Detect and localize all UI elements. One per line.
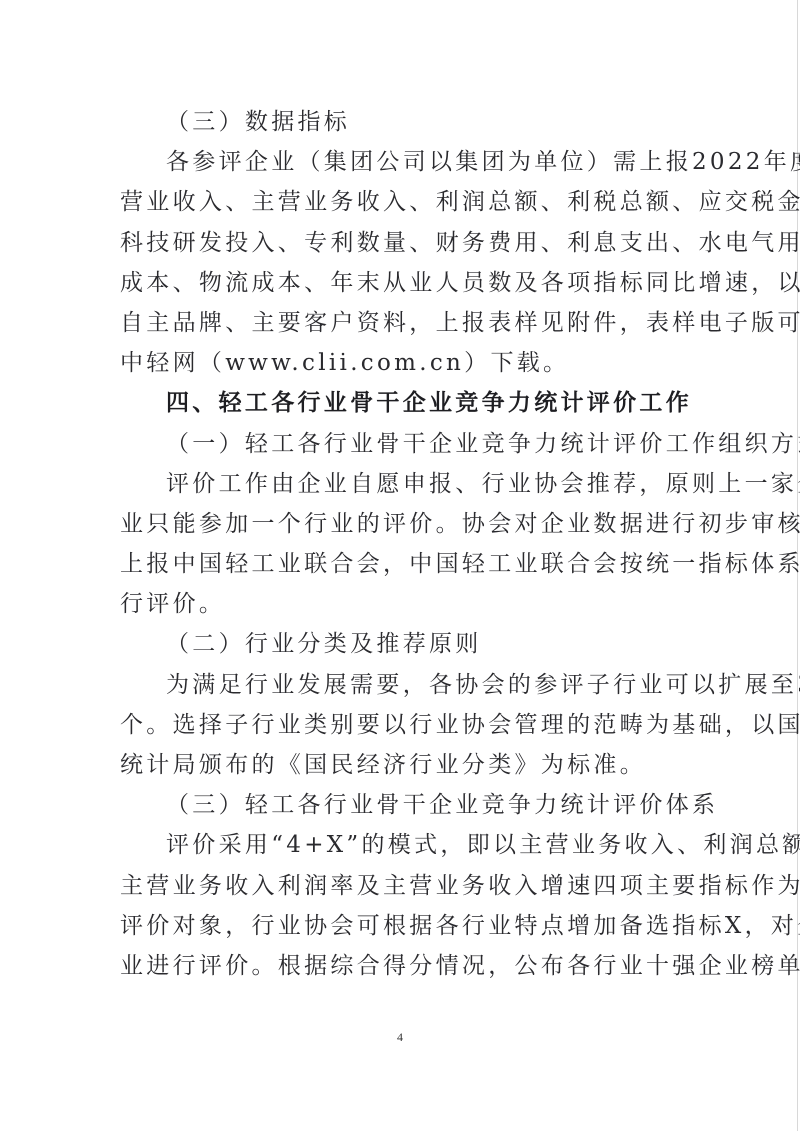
subheading-text: （二）行业分类及推荐原则 xyxy=(120,624,682,664)
paragraph-classification: 为满足行业发展需要，各协会的参评子行业可以扩展至3个。选择子行业类别要以行业协会… xyxy=(120,665,682,786)
paragraph-line: 中轻网（www.clii.com.cn）下载。 xyxy=(120,343,682,383)
subheading-evaluation-system: （三）轻工各行业骨干企业竞争力统计评价体系 xyxy=(120,785,682,825)
paragraph-line: 业进行评价。根据综合得分情况，公布各行业十强企业榜单。 xyxy=(120,946,682,986)
paragraph-line: 科技研发投入、专利数量、财务费用、利息支出、水电气用能 xyxy=(120,223,682,263)
document-body: （三）数据指标各参评企业（集团公司以集团为单位）需上报2022年度营业收入、主营… xyxy=(120,102,682,986)
paragraph-line: 统计局颁布的《国民经济行业分类》为标准。 xyxy=(120,745,682,785)
paragraph-line: 评价采用“4+X”的模式，即以主营业务收入、利润总额、 xyxy=(120,825,682,865)
paragraph-line: 评价工作由企业自愿申报、行业协会推荐，原则上一家企 xyxy=(120,464,682,504)
page-number: 4 xyxy=(0,1030,800,1045)
paragraph-line: 评价对象，行业协会可根据各行业特点增加备选指标X，对企 xyxy=(120,906,682,946)
paragraph-organization-method: 评价工作由企业自愿申报、行业协会推荐，原则上一家企业只能参加一个行业的评价。协会… xyxy=(120,464,682,625)
paragraph-line: 业只能参加一个行业的评价。协会对企业数据进行初步审核后 xyxy=(120,504,682,544)
subheading-organization-method: （一）轻工各行业骨干企业竞争力统计评价工作组织方式 xyxy=(120,424,682,464)
paragraph-line: 各参评企业（集团公司以集团为单位）需上报2022年度 xyxy=(120,142,682,182)
paragraph-line: 主营业务收入利润率及主营业务收入增速四项主要指标作为 xyxy=(120,866,682,906)
subheading-classification: （二）行业分类及推荐原则 xyxy=(120,624,682,664)
paragraph-line: 上报中国轻工业联合会，中国轻工业联合会按统一指标体系进 xyxy=(120,544,682,584)
paragraph-line: 为满足行业发展需要，各协会的参评子行业可以扩展至3 xyxy=(120,665,682,705)
paragraph-line: 营业收入、主营业务收入、利润总额、利税总额、应交税金、 xyxy=(120,182,682,222)
paragraph-evaluation-system: 评价采用“4+X”的模式，即以主营业务收入、利润总额、主营业务收入利润率及主营业… xyxy=(120,825,682,986)
paragraph-line: 自主品牌、主要客户资料，上报表样见附件，表样电子版可从 xyxy=(120,303,682,343)
heading-text: 四、轻工各行业骨干企业竞争力统计评价工作 xyxy=(120,383,682,423)
subheading-text: （一）轻工各行业骨干企业竞争力统计评价工作组织方式 xyxy=(120,424,682,464)
paragraph-line: 成本、物流成本、年末从业人员数及各项指标同比增速，以及 xyxy=(120,263,682,303)
paragraph-line: 行评价。 xyxy=(120,584,682,624)
heading-section-four: 四、轻工各行业骨干企业竞争力统计评价工作 xyxy=(120,383,682,423)
paragraph-line: 个。选择子行业类别要以行业协会管理的范畴为基础，以国家 xyxy=(120,705,682,745)
subheading-data-indicators: （三）数据指标 xyxy=(120,102,682,142)
subheading-text: （三）数据指标 xyxy=(120,102,682,142)
subheading-text: （三）轻工各行业骨干企业竞争力统计评价体系 xyxy=(120,785,682,825)
paragraph-data-indicators: 各参评企业（集团公司以集团为单位）需上报2022年度营业收入、主营业务收入、利润… xyxy=(120,142,682,383)
